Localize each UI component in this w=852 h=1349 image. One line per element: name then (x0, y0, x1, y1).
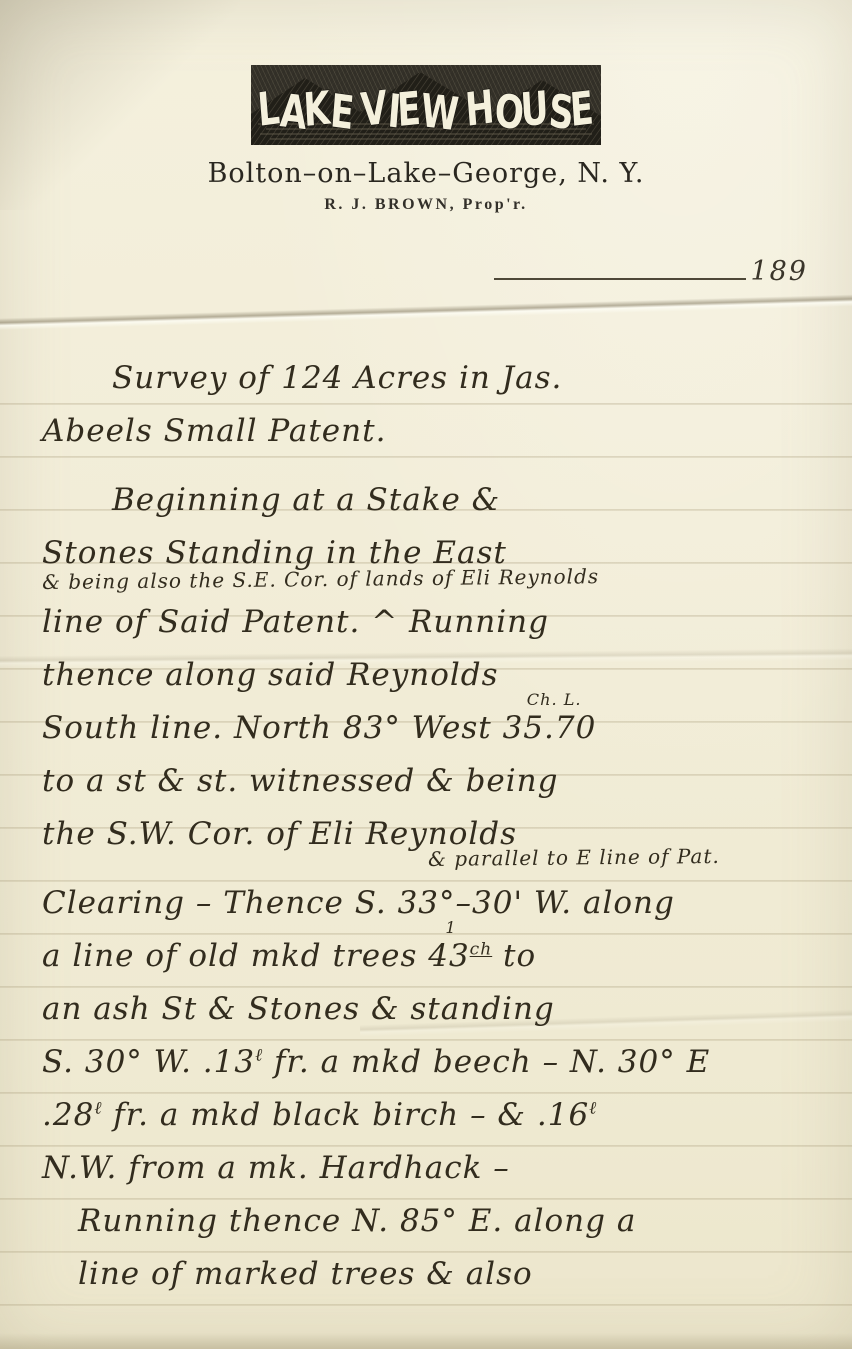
manuscript-line: Beginning at a Stake & (36, 474, 816, 527)
letterhead: LAKE VIEW HOUSE Bolton–on–Lake–George, N… (0, 62, 852, 214)
manuscript-line: Survey of 124 Acres in Jas. (36, 352, 816, 405)
date-blank-rule (494, 278, 746, 280)
manuscript-line: Abeels Small Patent. (36, 405, 816, 458)
manuscript-line: thence along said Reynolds (36, 649, 816, 702)
manuscript-body: Survey of 124 Acres in Jas.Abeels Small … (0, 352, 852, 1349)
manuscript-line: .28ℓ fr. a mkd black birch – & .16ℓ (36, 1089, 816, 1142)
letterhead-proprietor: R. J. BROWN, Prop'r. (0, 196, 852, 214)
stacked-annotation: 143 (428, 930, 469, 983)
stacked-annotation: Ch. L.35.70 (503, 702, 597, 755)
manuscript-line: a line of old mkd trees 143ch to (36, 930, 816, 983)
manuscript-line: South line. North 83° West Ch. L.35.70 (36, 702, 816, 755)
letterhead-location: Bolton–on–Lake–George, N. Y. (0, 158, 852, 189)
manuscript-line: to a st & st. witnessed & being (36, 755, 816, 808)
logo-text: LAKE VIEW HOUSE (255, 80, 594, 140)
lake-view-house-logo: LAKE VIEW HOUSE (250, 62, 602, 148)
year-prefix: 189 (750, 256, 808, 287)
date-line: 189 (494, 256, 808, 287)
fold-crease-top (0, 293, 852, 331)
manuscript-line: Running thence N. 85° E. along a (36, 1195, 816, 1248)
manuscript-line: line of Said Patent. ^ Running (36, 596, 816, 649)
manuscript-line: an ash St & Stones & standing (36, 983, 816, 1036)
letter-page: LAKE VIEW HOUSE Bolton–on–Lake–George, N… (0, 0, 852, 1349)
manuscript-line: S. 30° W. .13ℓ fr. a mkd beech – N. 30° … (36, 1036, 816, 1089)
manuscript-line: N.W. from a mk. Hardhack – (36, 1142, 816, 1195)
manuscript-line: line of marked trees & also (36, 1248, 816, 1301)
manuscript-line: Clearing – Thence S. 33°–30' W. along (36, 877, 816, 930)
